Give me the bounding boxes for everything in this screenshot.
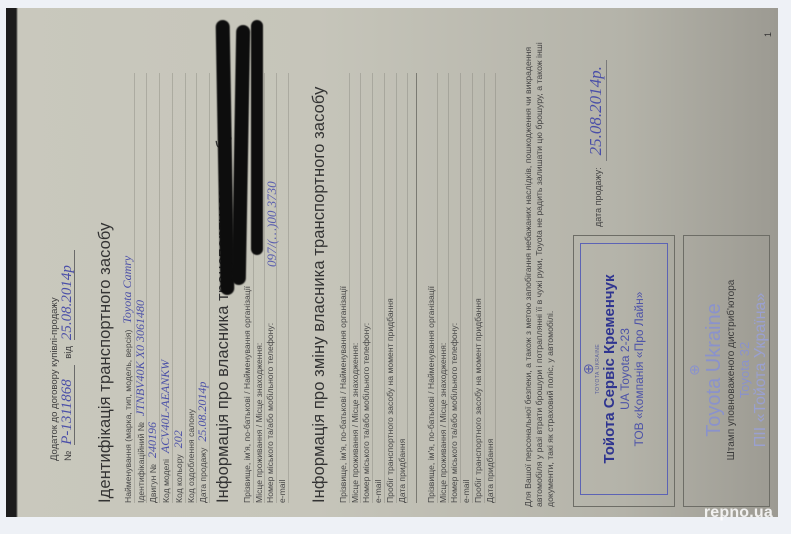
- owner-change-block-1: Прізвище, ім'я, по-батькові / Найменуван…: [338, 73, 408, 503]
- privacy-note: Для Вашої персональної безпеки, а також …: [523, 37, 557, 507]
- field-color-code: Код кольору202: [173, 73, 186, 503]
- field-label: Двигун №: [148, 464, 159, 503]
- field-label: Номер міського та/або мобільного телефон…: [361, 73, 373, 503]
- owner-info-fields: Прізвище, ім'я, по-батькові / Найменуван…: [242, 73, 289, 503]
- stamp-distributor-code: Toyota 32: [737, 245, 752, 495]
- field-label: Місце проживання / Місце знаходження:: [350, 73, 362, 503]
- field-label: Дата придбання: [485, 73, 497, 503]
- field-vehicle-name: Найменування (марка, тип, модель, версія…: [122, 73, 135, 503]
- field-label: e-mail: [461, 73, 473, 503]
- field-label: Код кольору: [174, 454, 185, 503]
- field-owner-email: e-mail: [277, 73, 289, 503]
- field-value: Toyota Camry: [122, 256, 132, 324]
- field-value: 202: [173, 430, 183, 448]
- field-value: 25.08.2014р: [197, 382, 207, 442]
- appendix-header: Додаток до договору купівлі-продажу № Р-…: [48, 250, 75, 461]
- toyota-logo-icon: ⊕: [581, 244, 595, 494]
- field-label: Прізвище, ім'я, по-батькові / Найменуван…: [242, 286, 253, 503]
- field-label: Пробіг транспортного засобу на момент пр…: [473, 73, 485, 503]
- distributor-stamp: ⊕ Toyota Ukraine Штамп уповноваженого ди…: [686, 245, 770, 495]
- field-label: Дата продажу: [198, 448, 209, 503]
- divider: [416, 73, 417, 503]
- stamp-distributor-caption: Штамп уповноваженого дистриб'ютора: [726, 245, 737, 495]
- field-label: Місце проживання / Місце знаходження:: [438, 73, 450, 503]
- sale-date: дата продажу: 25.08.2014р.: [586, 60, 607, 227]
- field-label: Пробіг транспортного засобу на момент пр…: [385, 73, 397, 503]
- sale-date-label: дата продажу:: [593, 167, 603, 227]
- field-label: e-mail: [277, 480, 288, 503]
- owner-change-heading: Інформація про зміну власника транспортн…: [310, 87, 329, 503]
- stamp-dealer-org: ТОВ «Компанія «Про Лайн»: [632, 244, 646, 494]
- owner-change-block-2: Прізвище, ім'я, по-батькові / Найменуван…: [426, 73, 496, 503]
- field-label: Номер міського та/або мобільного телефон…: [449, 73, 461, 503]
- field-value: ACV40L-AEANKW: [160, 360, 170, 453]
- stamp-dealer-code: UA Toyota 2-23: [618, 244, 632, 494]
- field-label: Номер міського та/або мобільного телефон…: [265, 323, 276, 503]
- appendix-date-label: від: [62, 346, 75, 359]
- field-sale-date: Дата продажу25.08.2014р: [197, 73, 210, 503]
- sale-date-value: 25.08.2014р.: [586, 60, 607, 161]
- redaction-mark: [251, 20, 263, 255]
- appendix-number-value: Р-1311868: [61, 365, 75, 445]
- toyota-logo-icon: ⊕: [686, 245, 703, 495]
- owner-phone-handwritten: 097/(…)00 3730: [264, 181, 280, 267]
- vehicle-identification-heading: Ідентифікація транспортного засобу: [96, 223, 115, 503]
- stamp-distributor-brand: Toyota Ukraine: [703, 245, 726, 495]
- field-label: Місце проживання / Місце знаходження:: [254, 343, 265, 503]
- appendix-date-value: 25.08.2014р: [61, 250, 75, 340]
- stamp-distributor-org: ПІІ «Тойота Україна»: [752, 245, 770, 495]
- field-label: Код моделі: [161, 459, 172, 503]
- dealer-stamp: ⊕ TOYOTA UKRAINE Тойота Сервіс Кременчук…: [580, 243, 668, 495]
- appendix-number-label: №: [62, 451, 75, 461]
- field-owner-phone: Номер міського та/або мобільного телефон…: [265, 73, 277, 503]
- field-label: Прізвище, ім'я, по-батькові / Найменуван…: [426, 73, 438, 503]
- vehicle-identification-fields: Найменування (марка, тип, модель, версія…: [122, 73, 210, 503]
- stamp-dealer-name: Тойота Сервіс Кременчук: [601, 244, 618, 494]
- field-value: 240196: [147, 422, 157, 458]
- watermark-logo: repno.ua: [704, 504, 773, 522]
- field-label: Дата придбання: [397, 73, 409, 503]
- service-booklet-page: Додаток до договору купівлі-продажу № Р-…: [18, 8, 778, 517]
- document-photo: Додаток до договору купівлі-продажу № Р-…: [6, 8, 778, 517]
- field-label: Прізвище, ім'я, по-батькові / Найменуван…: [338, 73, 350, 503]
- field-label: e-mail: [373, 73, 385, 503]
- field-value: JTNBV40K X0 3061480: [135, 300, 145, 416]
- page-number: 1: [763, 32, 773, 37]
